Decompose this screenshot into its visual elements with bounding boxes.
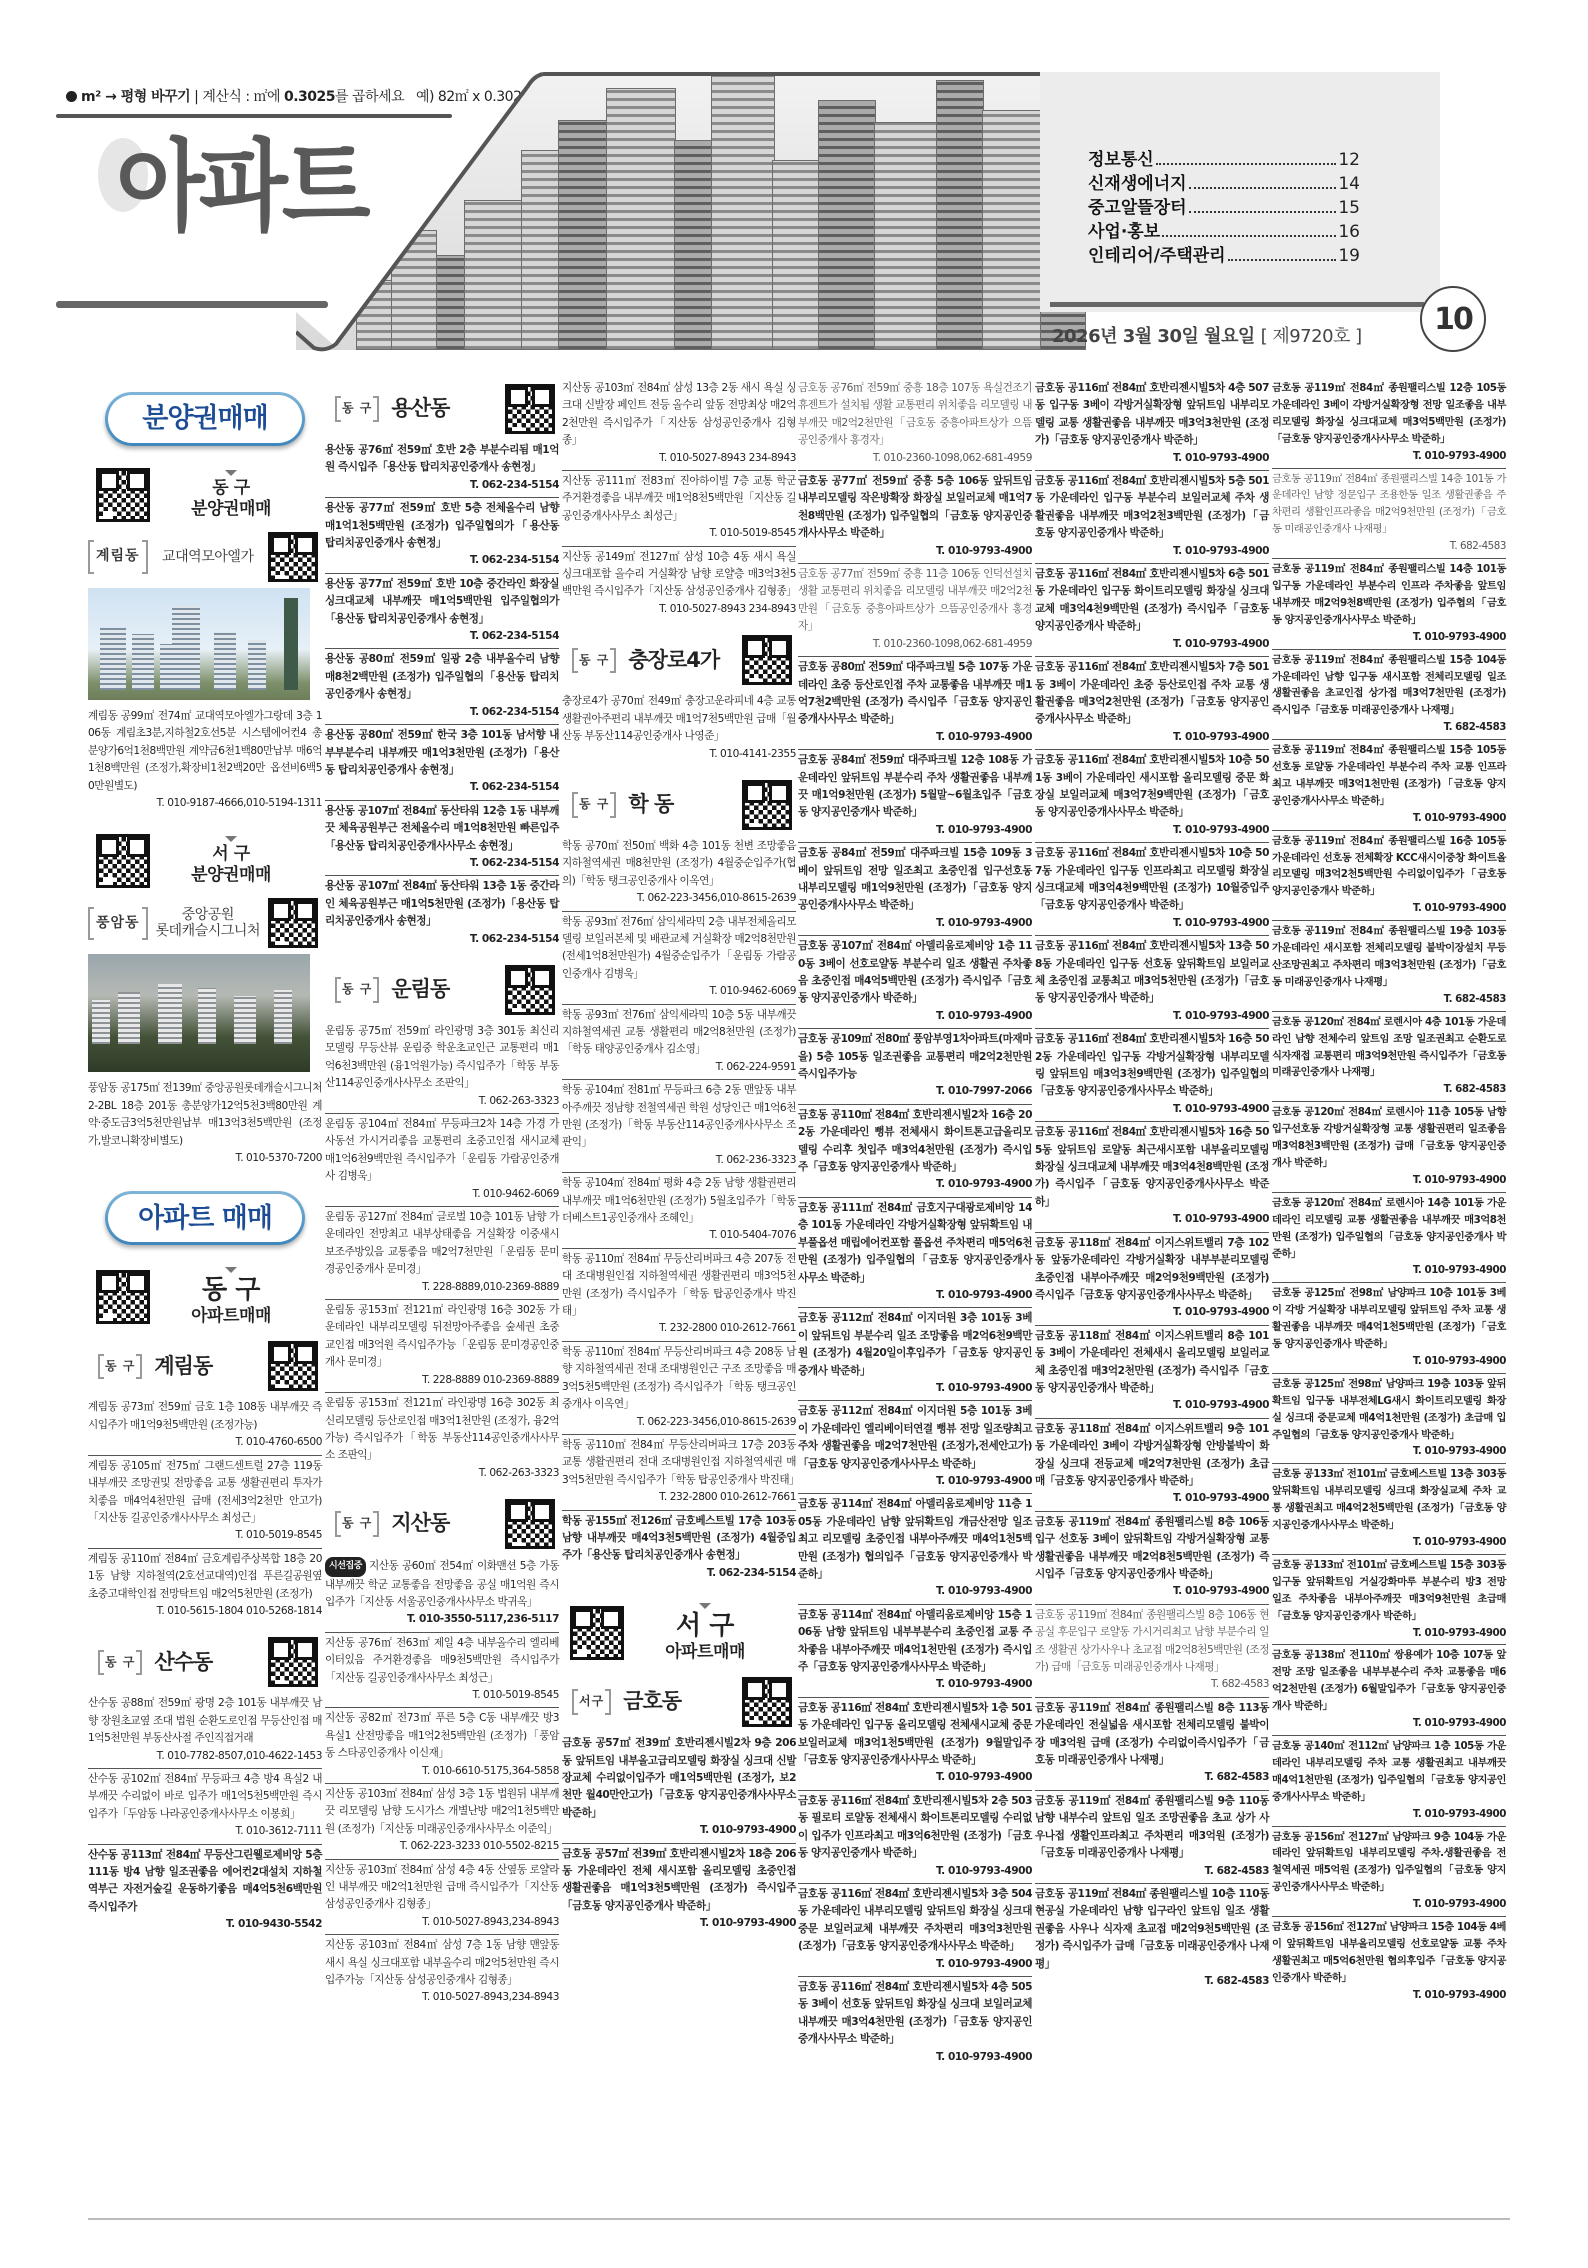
phone-number[interactable]: T. 062-263-3323 <box>325 1465 559 1482</box>
listing: 금호동 공133㎡ 전101㎡ 금호베스트빌 13층 303동 앞뒤확트임 내부… <box>1272 1464 1506 1555</box>
listing: 지산동 공103㎡ 전84㎡ 삼성 7층 1동 남향 맨앞동 새시 욕실 싱크대… <box>325 1935 559 2010</box>
listing: 운림동 공104㎡ 전84㎡ 무등파크2차 14층 가경 가사동선 가시거리좋음… <box>325 1114 559 1207</box>
phone-number[interactable]: T. 062-234-5154 <box>325 628 559 645</box>
phone-number[interactable]: T. 232-2800 010-2612-7661 <box>562 1320 796 1337</box>
listing-text: 금호동 공107㎡ 전84㎡ 아델리움로제비앙 1층 110동 3베이 선호로얄… <box>798 940 1032 1004</box>
listing: 운림동 공153㎡ 전121㎡ 라인광명 16층 302동 가운데라인 내부리모… <box>325 1300 559 1393</box>
qr-code-icon[interactable] <box>505 384 555 434</box>
phone-number[interactable]: T. 010-9793-4900 <box>1272 1443 1506 1460</box>
listing: 지산동 공103㎡ 전84㎡ 삼성 13층 2동 새시 욕실 싱크대 신발장 페… <box>562 378 796 471</box>
presale-trade-banner: 분양권매매 <box>105 392 305 446</box>
arrow-down-icon <box>225 470 237 476</box>
phone-number[interactable]: T. 010-9793-4900 <box>798 1863 1032 1880</box>
phone-number[interactable]: T. 010-9793-4900 <box>798 1676 1032 1693</box>
listing: 금호동 공120㎡ 전84㎡ 로렌시아 11층 105동 남향 입구선호동 각방… <box>1272 1102 1506 1193</box>
arrow-down-icon <box>225 836 237 842</box>
phone-number[interactable]: T. 010-9793-4900 <box>798 1769 1032 1786</box>
listing: 학동 공104㎡ 전81㎡ 무등파크 6층 2동 맨앞동 내부아주깨끗 정남향 … <box>562 1080 796 1173</box>
seogu-presale-heading: 서 구 분양권매매 <box>88 834 322 888</box>
listing-text: 금호동 공120㎡ 전84㎡ 로렌시아 11층 105동 남향 입구선호동 각방… <box>1272 1106 1506 1169</box>
listing-text: 금호동 공119㎡ 전84㎡ 종원팰리스빌 8층 113동 가운데라인 전실넓음… <box>1035 1702 1269 1766</box>
listing-text: 금호동 공133㎡ 전101㎡ 금호베스트빌 13층 303동 앞뒤확트임 내부… <box>1272 1468 1506 1531</box>
listing: 학동 공110㎡ 전84㎡ 무등산리버파크 17층 203동 교통 생활권편리 … <box>562 1435 796 1511</box>
phone-number[interactable]: T. 010-5019-8545 <box>325 1687 559 1704</box>
phone-number[interactable]: T. 010-9462-6069 <box>562 983 796 1000</box>
phone-number[interactable]: T. 010-9793-4900 <box>1272 1806 1506 1823</box>
listing: 금호동 공140㎡ 전112㎡ 남양파크 1층 105동 가운데라인 내부리모델… <box>1272 1736 1506 1827</box>
listing: 금호동 공120㎡ 전84㎡ 로렌시아 4층 101동 가운데라인 남향 전체수… <box>1272 1012 1506 1103</box>
phone-number[interactable]: T. 010-9793-4900 <box>1272 1896 1506 1913</box>
listing: 용산동 공80㎡ 전59㎡ 한국 3층 101동 남서향 내부부분수리 내부깨끗… <box>325 725 559 801</box>
column-2: 동 구 용산동 용산동 공76㎡ 전59㎡ 호반 2층 부분수리됨 매1억원 즉… <box>325 378 559 2016</box>
listing-text: 금호동 공116㎡ 전84㎡ 호반리젠시빌5차 13층 508동 가운데라인 입… <box>1035 940 1269 1004</box>
listing-list: 금호동 공116㎡ 전84㎡ 호반리젠시빌5차 4층 507동 입구동 3베이 … <box>1035 378 1269 1993</box>
listing: 금호동 공107㎡ 전84㎡ 아델리움로제비앙 1층 110동 3베이 선호로얄… <box>798 936 1032 1029</box>
phone-number[interactable]: T. 010-9793-4900 <box>798 1008 1032 1025</box>
listing-text: 금호동 공120㎡ 전84㎡ 로렌시아 4층 101동 가운데라인 남향 전체수… <box>1272 1016 1506 1079</box>
listing: 학동 공93㎡ 전76㎡ 삼익세라믹 10층 5동 내부깨끗 지하철역세권 교통… <box>562 1005 796 1081</box>
contents-index: 정보통신12 신재생에너지14 중고알뜰장터15 사업·홍보16 인테리어/주택… <box>1088 148 1360 268</box>
listing-text: 금호동 공116㎡ 전84㎡ 호반리젠시빌5차 3층 504동 가운데라인 내부… <box>798 1888 1032 1952</box>
listing: 계림동 공99㎡ 전74㎡ 교대역모아엘가그랑데 3층 106동 계림초3분,지… <box>88 708 322 812</box>
listing-text: 금호동 공119㎡ 전84㎡ 종원팰리스빌 10층 110동 현공실 가운데라인… <box>1035 1888 1269 1970</box>
phone-number[interactable]: T. 010-9793-4900 <box>1035 729 1269 746</box>
phone-number[interactable]: T. 010-4141-2355 <box>562 746 796 763</box>
dong-heading-sansu: 동 구 산수동 <box>88 1637 322 1687</box>
phone-number[interactable]: T. 010-6610-5175,364-5858 <box>325 1763 559 1780</box>
phone-number[interactable]: T. 010-7782-8507,010-4622-1453 <box>88 1748 322 1765</box>
phone-number[interactable]: T. 010-9793-4900 <box>798 915 1032 932</box>
listing: 금호동 공156㎡ 전127㎡ 남양파크 15층 104동 4베이 앞뒤확트임 … <box>1272 1917 1506 2007</box>
phone-number[interactable]: T. 010-9793-4900 <box>562 1915 796 1932</box>
listing: 금호동 공112㎡ 전84㎡ 이지더원 5층 101동 3베이 가운데라인 엘리… <box>798 1401 1032 1494</box>
phone-number[interactable]: T. 062-234-5154 <box>325 552 559 569</box>
listing: 지산동 공103㎡ 전84㎡ 삼성 3층 1동 법원뒤 내부깨끗 리모델링 남향… <box>325 1784 559 1860</box>
phone-number[interactable]: T. 010-9793-4900 <box>1035 1101 1269 1118</box>
phone-number[interactable]: T. 010-9793-4900 <box>1035 1008 1269 1025</box>
listing: 금호동 공77㎡ 전59㎡ 중흥 11층 106동 인덕선설치 생활 교통편리 … <box>798 564 1032 657</box>
index-item[interactable]: 신재생에너지14 <box>1088 172 1360 196</box>
listing-text: 금호동 공77㎡ 전59㎡ 중흥 11층 106동 인덕선설치 생활 교통편리 … <box>798 568 1032 632</box>
listing: 용산동 공107㎡ 전84㎡ 동산타워 13층 1동 중간라인 체육공원부근 매… <box>325 876 559 951</box>
phone-number[interactable]: T. 010-9793-4900 <box>798 1473 1032 1490</box>
phone-number[interactable]: T. 010-5404-7076 <box>562 1227 796 1244</box>
phone-number[interactable]: T. 010-5027-8943 234-8943 <box>562 601 796 618</box>
phone-number[interactable]: T. 010-9793-4900 <box>1272 900 1506 917</box>
listing-text: 금호동 공119㎡ 전84㎡ 종원팰리스빌 14층 101동 입구동 가운데라인… <box>1272 563 1506 626</box>
featured-listing-heading: 풍암동 중앙공원롯데캐슬시그니처 <box>88 898 322 948</box>
phone-number[interactable]: T. 682-4583 <box>1035 1676 1269 1693</box>
phone-number[interactable]: T. 062-236-3323 <box>562 1152 796 1169</box>
listing: 풍암동 공175㎡ 전139㎡ 중앙공원롯데캐슬시그니처2-2BL 18층 20… <box>88 1080 322 1167</box>
listing: 금호동 공76㎡ 전59㎡ 중흥 18층 107동 욕실건조기 휴젠트가 설치됨… <box>798 378 1032 471</box>
listing: 금호동 공110㎡ 전84㎡ 호반리젠시빌2차 16층 202동 가운데라인 뻥… <box>798 1105 1032 1198</box>
listing-text: 금호동 공111㎡ 전84㎡ 금호지구대광로제비앙 14층 101동 가운데라인… <box>798 1202 1032 1284</box>
listing-text: 금호동 공116㎡ 전84㎡ 호반리젠시빌5차 5층 501동 가운데라인 입구… <box>1035 475 1269 539</box>
listing: 금호동 공116㎡ 전84㎡ 호반리젠시빌5차 4층 507동 입구동 3베이 … <box>1035 378 1269 471</box>
phone-number[interactable]: T. 062-234-5154 <box>325 704 559 721</box>
phone-number[interactable]: T. 062-223-3233 010-5502-8215 <box>325 1838 559 1855</box>
qr-code-icon[interactable] <box>268 1341 318 1391</box>
donggu-apartment-heading: 동 구 아파트매매 <box>88 1267 322 1327</box>
listing-text: 금호동 공156㎡ 전127㎡ 남양파크 9층 104동 가운데라인 앞뒤확트임… <box>1272 1831 1506 1894</box>
featured-listing-heading: 계림동 교대역모아엘가 <box>88 532 322 582</box>
header-rule <box>56 114 452 118</box>
phone-number[interactable]: T. 062-223-3456,010-8615-2639 <box>562 890 796 907</box>
listing: 금호동 공57㎡ 전39㎡ 호반리젠시빌2차 18층 206동 가운데라인 전체… <box>562 1844 796 1936</box>
phone-number[interactable]: T. 010-5019-8545 <box>562 525 796 542</box>
listing-text: 금호동 공114㎡ 전84㎡ 아델리움로제비앙 11층 105동 가운데라인 남… <box>798 1498 1032 1580</box>
listing: 계림동 공105㎡ 전75㎡ 그랜드센트럴 27층 119동 내부깨끗 조망권및… <box>88 1456 322 1549</box>
listing-text: 금호동 공119㎡ 전84㎡ 종원팰리스빌 15층 104동 가운데라인 남향 … <box>1272 654 1506 717</box>
listing: 산수동 공88㎡ 전59㎡ 광명 2층 101동 내부깨끗 남향 장원초교옆 조… <box>88 1693 322 1769</box>
phone-number[interactable]: T. 010-5370-7200 <box>88 1150 322 1167</box>
listing: 금호동 공116㎡ 전84㎡ 호반리젠시빌5차 4층 505동 3베이 선호동 … <box>798 1977 1032 2069</box>
listing: 지산동 공111㎡ 전83㎡ 진아하이빌 7층 교통 학군 주거환경좋음 내부깨… <box>562 471 796 547</box>
phone-number[interactable]: T. 010-9793-4900 <box>1272 810 1506 827</box>
listing-text: 금호동 공118㎡ 전84㎡ 이지스위트밸리 9층 101동 가운데라인 3베이… <box>1035 1423 1269 1487</box>
listing: 금호동 공125㎡ 전98㎡ 남양파크 10층 101동 3베이 각방 거실확장… <box>1272 1283 1506 1374</box>
phone-number[interactable]: T. 682-4583 <box>1272 991 1506 1008</box>
listing-text: 금호동 공116㎡ 전84㎡ 호반리젠시빌5차 16층 502동 가운데라인 입… <box>1035 1033 1269 1097</box>
phone-number[interactable]: T. 010-9793-4900 <box>1035 822 1269 839</box>
phone-number[interactable]: T. 682-4583 <box>1035 1973 1269 1990</box>
phone-number[interactable]: T. 010-3550-5117,236-5117 <box>325 1611 559 1628</box>
phone-number[interactable]: T. 010-9793-4900 <box>1035 915 1269 932</box>
phone-number[interactable]: T. 010-9793-4900 <box>1035 1304 1269 1321</box>
listing: 학동 공93㎡ 전76㎡ 삼익세라믹 2층 내부전체올리모델링 보일러본체 및 … <box>562 912 796 1005</box>
column-4: 금호동 공76㎡ 전59㎡ 중흥 18층 107동 욕실건조기 휴젠트가 설치됨… <box>798 378 1032 2075</box>
listing-text: 금호동 공76㎡ 전59㎡ 중흥 18층 107동 욕실건조기 휴젠트가 설치됨… <box>798 382 1032 446</box>
listing: 금호동 공125㎡ 전98㎡ 남양파크 19층 103동 앞뒤확트임 입구동 내… <box>1272 1374 1506 1465</box>
phone-number[interactable]: T. 010-7997-2066 <box>798 1083 1032 1100</box>
dong-heading-yongsan: 동 구 용산동 <box>325 384 559 434</box>
listing: 금호동 공118㎡ 전84㎡ 이지스위트밸리 9층 101동 가운데라인 3베이… <box>1035 1419 1269 1512</box>
listing: 금호동 공118㎡ 전84㎡ 이지스위트밸리 8층 101동 3베이 가운데라인… <box>1035 1326 1269 1419</box>
header-rule-bottom <box>56 301 328 308</box>
phone-number[interactable]: T. 010-5027-8943,234-8943 <box>325 1914 559 1931</box>
listing: 금호동 공133㎡ 전101㎡ 금호베스트빌 15층 303동 입구동 앞뒤확트… <box>1272 1555 1506 1646</box>
listing-text: 금호동 공133㎡ 전101㎡ 금호베스트빌 15층 303동 입구동 앞뒤확트… <box>1272 1559 1506 1622</box>
listing: 금호동 공116㎡ 전84㎡ 호반리젠시빌5차 1층 501동 가운데라인 입구… <box>798 1698 1032 1791</box>
listing: 용산동 공77㎡ 전59㎡ 호반 10층 중간라인 화장실 싱크대교체 내부깨끗… <box>325 574 559 650</box>
listing: 운림동 공127㎡ 전84㎡ 글로벌 10층 101동 남향 가운데라인 전망최… <box>325 1207 559 1300</box>
listing: 금호동 공116㎡ 전84㎡ 호반리젠시빌5차 7층 501동 3베이 가운데라… <box>1035 657 1269 750</box>
phone-number[interactable]: T. 010-9793-4900 <box>562 1822 796 1839</box>
listing: 금호동 공119㎡ 전84㎡ 종원팰리스빌 12층 105동 가운데라인 3베이… <box>1272 378 1506 469</box>
phone-number[interactable]: T. 010-9793-4900 <box>1035 543 1269 560</box>
listing: 금호동 공80㎡ 전59㎡ 대주파크빌 5층 107동 가운데라인 초중 등산로… <box>798 657 1032 750</box>
index-rule <box>1050 302 1424 307</box>
phone-number[interactable]: T. 010-2360-1098,062-681-4959 <box>798 636 1032 653</box>
phone-number[interactable]: T. 010-9793-4900 <box>1272 1353 1506 1370</box>
issue-number: [ 제9720호 ] <box>1261 326 1362 347</box>
listing: 금호동 공77㎡ 전59㎡ 중흥 5층 106동 앞뒤트임 내부리모델링 작은방… <box>798 471 1032 564</box>
listing-list: 산수동 공88㎡ 전59㎡ 광명 2층 101동 내부깨끗 남향 장원초교옆 조… <box>88 1693 322 1936</box>
listing-text: 금호동 공120㎡ 전84㎡ 로렌시아 14층 101동 가운데라인 리모델링 … <box>1272 1197 1506 1260</box>
phone-number[interactable]: T. 228-8889,010-2369-8889 <box>325 1279 559 1296</box>
phone-number[interactable]: T. 010-9793-4900 <box>798 729 1032 746</box>
phone-number[interactable]: T. 010-9793-4900 <box>798 822 1032 839</box>
listing-text: 금호동 공140㎡ 전112㎡ 남양파크 1층 105동 가운데라인 내부리모델… <box>1272 1740 1506 1803</box>
phone-number[interactable]: T. 062-234-5154 <box>325 779 559 796</box>
arrow-down-icon <box>225 1267 237 1273</box>
qr-code-icon[interactable] <box>268 898 318 948</box>
phone-number[interactable]: T. 010-9793-4900 <box>798 1380 1032 1397</box>
phone-number[interactable]: T. 010-9793-4900 <box>1272 1262 1506 1279</box>
phone-number[interactable]: T. 010-9793-4900 <box>798 543 1032 560</box>
listing-text: 금호동 공116㎡ 전84㎡ 호반리젠시빌5차 4층 507동 입구동 3베이 … <box>1035 382 1269 446</box>
listing: 금호동 공118㎡ 전84㎡ 이지스위트밸리 7층 102동 앞동가운데라인 각… <box>1035 1233 1269 1326</box>
listing: 산수동 공113㎡ 전84㎡ 무등산그린웰로제비앙 5층 111동 방4 남향 … <box>88 1845 322 1937</box>
arrow-down-icon <box>699 1603 711 1609</box>
listing-list: 충장로4가 공70㎡ 전49㎡ 충장고운라피네 4층 교통 생활권아주편리 내부… <box>562 691 796 766</box>
phone-number[interactable]: T. 010-9793-4900 <box>1035 636 1269 653</box>
phone-number[interactable]: T. 010-9793-4900 <box>1035 1211 1269 1228</box>
listing-text: 금호동 공112㎡ 전84㎡ 이지더원 3층 101동 3베이 앞뒤트임 부분수… <box>798 1312 1032 1376</box>
phone-number[interactable]: T. 010-9793-4900 <box>798 1583 1032 1600</box>
phone-number[interactable]: T. 010-9793-4900 <box>1272 1987 1506 2004</box>
listing: 학동 공104㎡ 전84㎡ 평화 4층 2동 남향 생활권편리 내부깨끗 매1억… <box>562 1173 796 1249</box>
qr-code-icon[interactable] <box>505 1499 555 1549</box>
seogu-apartment-heading: 서 구 아파트매매 <box>562 1603 796 1663</box>
column-1: 분양권매매 동 구 분양권매매 계림동 교대역모아엘가 계림동 공99㎡ 전74… <box>88 378 322 1943</box>
listing: 금호동 공119㎡ 전84㎡ 종원팰리스빌 9층 110동 남향 내부수리 앞트… <box>1035 1791 1269 1884</box>
phone-number[interactable]: T. 062-234-5154 <box>325 855 559 872</box>
publication-date: 2026년 3월 30일 월요일 [ 제9720호 ] <box>1052 322 1362 348</box>
dong-heading-chungjangro: 동 구 충장로4가 <box>562 635 796 685</box>
phone-number[interactable]: T. 010-2360-1098,062-681-4959 <box>798 450 1032 467</box>
listing: 금호동 공112㎡ 전84㎡ 이지더원 3층 101동 3베이 앞뒤트임 부분수… <box>798 1308 1032 1401</box>
phone-number[interactable]: T. 010-5027-8943 234-8943 <box>562 450 796 467</box>
phone-number[interactable]: T. 010-9793-4900 <box>798 1287 1032 1304</box>
listing: 금호동 공119㎡ 전84㎡ 종원팰리스빌 15층 104동 가운데라인 남향 … <box>1272 650 1506 741</box>
listing: 용산동 공80㎡ 전59㎡ 일광 2층 내부올수리 남향 매8천2백만원 (조정… <box>325 649 559 725</box>
listing-text: 금호동 공119㎡ 전84㎡ 종원팰리스빌 9층 110동 남향 내부수리 앞트… <box>1035 1795 1269 1859</box>
listing: 금호동 공114㎡ 전84㎡ 아델리움로제비앙 11층 105동 가운데라인 남… <box>798 1494 1032 1604</box>
listing: 지산동 공82㎡ 전73㎡ 푸른 5층 C동 내부깨끗 방3 욕실1 산전망좋음… <box>325 1708 559 1784</box>
listing-text: 금호동 공118㎡ 전84㎡ 이지스위트밸리 7층 102동 앞동가운데라인 각… <box>1035 1237 1269 1301</box>
listing: 학동 공70㎡ 전50㎡ 백화 4층 101동 천변 조망좋음 지하철역세권 매… <box>562 836 796 912</box>
qr-code-icon[interactable] <box>96 468 150 522</box>
listing-text: 금호동 공156㎡ 전127㎡ 남양파크 15층 104동 4베이 앞뒤확트임 … <box>1272 1921 1506 1984</box>
listing: 금호동 공116㎡ 전84㎡ 호반리젠시빌5차 10층 507동 가운데라인 입… <box>1035 843 1269 936</box>
listing-list: 금호동 공119㎡ 전84㎡ 종원팰리스빌 12층 105동 가운데라인 3베이… <box>1272 378 1506 2007</box>
listing-text: 금호동 공116㎡ 전84㎡ 호반리젠시빌5차 1층 501동 가운데라인 입구… <box>798 1702 1032 1766</box>
phone-number[interactable]: T. 010-9793-4900 <box>1272 1534 1506 1551</box>
listing: 금호동 공84㎡ 전59㎡ 대주파크빌 12층 108동 가운데라인 앞뒤트임 … <box>798 750 1032 843</box>
listing: 산수동 공102㎡ 전84㎡ 무등파크 4층 방4 욕실2 내부깨끗 수리없이 … <box>88 1769 322 1845</box>
listing: 금호동 공116㎡ 전84㎡ 호반리젠시빌5차 16층 502동 가운데라인 입… <box>1035 1029 1269 1122</box>
listing: 금호동 공119㎡ 전84㎡ 종원팰리스빌 8층 113동 가운데라인 전실넓음… <box>1035 1698 1269 1791</box>
phone-number[interactable]: T. 682-4583 <box>1035 1769 1269 1786</box>
listing: 금호동 공111㎡ 전84㎡ 금호지구대광로제비앙 14층 101동 가운데라인… <box>798 1198 1032 1308</box>
phone-number[interactable]: T. 062-234-5154 <box>562 1565 796 1582</box>
listing: 학동 공110㎡ 전84㎡ 무등산리버파크 4층 207동 전대 조대병원인접 … <box>562 1249 796 1342</box>
phone-number[interactable]: T. 010-9793-4900 <box>1272 1172 1506 1189</box>
listing-text: 금호동 공116㎡ 전84㎡ 호반리젠시빌5차 10층 507동 가운데라인 입… <box>1035 847 1269 911</box>
listing-text: 금호동 공80㎡ 전59㎡ 대주파크빌 5층 107동 가운데라인 초중 등산로… <box>798 661 1032 725</box>
phone-number[interactable]: T. 010-9187-4666,010-5194-1311 <box>88 795 322 812</box>
listing-text: 금호동 공116㎡ 전84㎡ 호반리젠시빌5차 10층 501동 3베이 가운데… <box>1035 754 1269 818</box>
listing: 금호동 공84㎡ 전59㎡ 대주파크빌 15층 109동 3베이 앞뒤트임 전망… <box>798 843 1032 936</box>
listing: 금호동 공119㎡ 전84㎡ 종원팰리스빌 14층 101동 입구동 가운데라인… <box>1272 559 1506 650</box>
phone-number[interactable]: T. 062-224-9591 <box>562 1059 796 1076</box>
phone-number[interactable]: T. 010-9793-4900 <box>1035 1490 1269 1507</box>
listing-list: 금호동 공76㎡ 전59㎡ 중흥 18층 107동 욕실건조기 휴젠트가 설치됨… <box>798 378 1032 2069</box>
phone-number[interactable]: T. 010-5027-8943,234-8943 <box>325 1989 559 2006</box>
listing-featured: 시선집중지산동 공60㎡ 전54㎡ 이화맨션 5층 가동 내부깨끗 학군 교통좋… <box>325 1555 559 1633</box>
listing-text: 금호동 공116㎡ 전84㎡ 호반리젠시빌5차 2층 503동 필로티 로얄동 … <box>798 1795 1032 1859</box>
listing: 금호동 공138㎡ 전110㎡ 쌍용예가 10층 107동 앞전망 조망 일조좋… <box>1272 1645 1506 1736</box>
page-number: 10 <box>1420 286 1486 352</box>
listing: 금호동 공119㎡ 전84㎡ 종원팰리스빌 8층 106동 현 공실 후문입구 … <box>1035 1605 1269 1698</box>
dong-heading-unrim: 동 구 운림동 <box>325 965 559 1015</box>
qr-code-icon[interactable] <box>268 532 318 582</box>
listing-text: 금호동 공119㎡ 전84㎡ 종원팰리스빌 14층 101동 가운데라인 남향 … <box>1272 473 1506 536</box>
qr-code-icon[interactable] <box>96 834 150 888</box>
spotlight-badge: 시선집중 <box>325 1557 366 1576</box>
phone-number[interactable]: T. 682-4583 <box>1272 1081 1506 1098</box>
listing: 금호동 공114㎡ 전84㎡ 아델리움로제비앙 15층 106동 남향 앞뒤트임… <box>798 1605 1032 1698</box>
phone-number[interactable]: T. 010-5615-1804 010-5268-1814 <box>88 1603 322 1620</box>
listing: 금호동 공116㎡ 전84㎡ 호반리젠시빌5차 3층 504동 가운데라인 내부… <box>798 1884 1032 1977</box>
index-item[interactable]: 사업·홍보16 <box>1088 220 1360 244</box>
listing: 학동 공155㎡ 전126㎡ 금호베스트빌 17층 103동 남향 내부깨끗 매… <box>562 1511 796 1586</box>
phone-number[interactable]: T. 010-9793-4900 <box>1272 1715 1506 1732</box>
column-6: 금호동 공119㎡ 전84㎡ 종원팰리스빌 12층 105동 가운데라인 3베이… <box>1272 378 1506 2013</box>
listing-list: 지산동 공103㎡ 전84㎡ 삼성 13층 2동 새시 욕실 싱크대 신발장 페… <box>562 378 796 621</box>
listing: 금호동 공120㎡ 전84㎡ 로렌시아 14층 101동 가운데라인 리모델링 … <box>1272 1193 1506 1284</box>
phone-number[interactable]: T. 062-263-3323 <box>325 1093 559 1110</box>
index-item[interactable]: 중고알뜰장터15 <box>1088 196 1360 220</box>
phone-number[interactable]: T. 010-9793-4900 <box>1272 629 1506 646</box>
listing: 금호동 공116㎡ 전84㎡ 호반리젠시빌5차 16층 505동 앞뒤트임 로얄… <box>1035 1122 1269 1232</box>
qr-code-icon[interactable] <box>268 1637 318 1687</box>
phone-number[interactable]: T. 062-234-5154 <box>325 931 559 948</box>
phone-number[interactable]: T. 010-9793-4900 <box>798 1956 1032 1973</box>
phone-number[interactable]: T. 010-9793-4900 <box>1035 1397 1269 1414</box>
listing-list: 금호동 공57㎡ 전39㎡ 호반리젠시빌2차 9층 206동 앞뒤트임 내부올고… <box>562 1733 796 1935</box>
phone-number[interactable]: T. 682-4583 <box>1272 538 1506 555</box>
dong-heading-geumho: 서구 금호동 <box>562 1677 796 1727</box>
phone-number[interactable]: T. 010-5019-8545 <box>88 1527 322 1544</box>
listing: 금호동 공119㎡ 전84㎡ 종원팰리스빌 15층 105동 선호동 로얄동 가… <box>1272 740 1506 831</box>
listing-text: 금호동 공116㎡ 전84㎡ 호반리젠시빌5차 6층 501동 가운데라인 입구… <box>1035 568 1269 632</box>
listing-text: 금호동 공119㎡ 전84㎡ 종원팰리스빌 16층 105동 가운데라인 선호동… <box>1272 835 1506 898</box>
phone-number[interactable]: T. 010-9793-4900 <box>1035 1583 1269 1600</box>
listing-list: 계림동 공73㎡ 전59㎡ 금호 1층 108동 내부깨끗 즉시입주가 매1억9… <box>88 1397 322 1623</box>
listing: 용산동 공77㎡ 전59㎡ 호반 5층 전체올수리 남향 매1억1천5백만원 (… <box>325 498 559 574</box>
phone-number[interactable]: T. 682-4583 <box>1035 1863 1269 1880</box>
listing: 학동 공110㎡ 전84㎡ 무등산리버파크 4층 208동 남향 지하철역세권 … <box>562 1342 796 1435</box>
qr-code-icon[interactable] <box>96 1270 150 1324</box>
listing: 용산동 공76㎡ 전59㎡ 호반 2층 부분수리됨 매1억원 즉시입주「용산동 … <box>325 440 559 498</box>
listing: 계림동 공110㎡ 전84㎡ 금호계림주상복합 18층 201동 남향 지하철역… <box>88 1549 322 1624</box>
phone-number[interactable]: T. 010-9430-5542 <box>88 1916 322 1933</box>
listing: 금호동 공116㎡ 전84㎡ 호반리젠시빌5차 10층 501동 3베이 가운데… <box>1035 750 1269 843</box>
apartment-photo <box>88 954 310 1072</box>
listing: 지산동 공76㎡ 전63㎡ 제일 4층 내부올수리 엘리베이터있음 주거환경좋음… <box>325 1633 559 1709</box>
listing-text: 금호동 공125㎡ 전98㎡ 남양파크 10층 101동 3베이 각방 거실확장… <box>1272 1287 1506 1350</box>
phone-number[interactable]: T. 010-9793-4900 <box>798 1176 1032 1193</box>
phone-number[interactable]: T. 010-3612-7111 <box>88 1823 322 1840</box>
listing-list: 시선집중지산동 공60㎡ 전54㎡ 이화맨션 5층 가동 내부깨끗 학군 교통좋… <box>325 1555 559 2010</box>
phone-number[interactable]: T. 228-8889 010-2369-8889 <box>325 1372 559 1389</box>
listing: 금호동 공119㎡ 전84㎡ 종원팰리스빌 14층 101동 가운데라인 남향 … <box>1272 469 1506 560</box>
listing-list: 운림동 공75㎡ 전59㎡ 라인광명 3층 301동 최신리모델링 무등산뷰 운… <box>325 1021 559 1485</box>
listing-text: 금호동 공84㎡ 전59㎡ 대주파크빌 12층 108동 가운데라인 앞뒤트임 … <box>798 754 1032 818</box>
page-bottom-rule <box>88 2218 1510 2220</box>
listing: 운림동 공153㎡ 전121㎡ 라인광명 16층 302동 최신리모델링 등산로… <box>325 1393 559 1485</box>
listing-text: 금호동 공125㎡ 전98㎡ 남양파크 19층 103동 앞뒤확트임 입구동 내… <box>1272 1378 1506 1441</box>
listing-text: 금호동 공116㎡ 전84㎡ 호반리젠시빌5차 4층 505동 3베이 선호동 … <box>798 1981 1032 2045</box>
listing-text: 금호동 공112㎡ 전84㎡ 이지더원 5층 101동 3베이 가운데라인 엘리… <box>798 1405 1032 1469</box>
listing: 충장로4가 공70㎡ 전49㎡ 충장고운라피네 4층 교통 생활권아주편리 내부… <box>562 691 796 766</box>
listing-text: 금호동 공138㎡ 전110㎡ 쌍용예가 10층 107동 앞전망 조망 일조좋… <box>1272 1649 1506 1712</box>
qr-code-icon[interactable] <box>570 1606 624 1660</box>
listing-text: 금호동 공109㎡ 전80㎡ 풍암부영1차아파트(마재마을) 5층 105동 일… <box>798 1033 1032 1080</box>
index-item[interactable]: 인테리어/주택관리19 <box>1088 244 1360 268</box>
index-item[interactable]: 정보통신12 <box>1088 148 1360 172</box>
column-3: 지산동 공103㎡ 전84㎡ 삼성 13층 2동 새시 욕실 싱크대 신발장 페… <box>562 378 796 1942</box>
phone-number[interactable]: T. 010-9462-6069 <box>325 1186 559 1203</box>
qr-code-icon[interactable] <box>742 1677 792 1727</box>
phone-number[interactable]: T. 232-2800 010-2612-7661 <box>562 1489 796 1506</box>
phone-number[interactable]: T. 062-234-5154 <box>325 477 559 494</box>
listing-list: 학동 공70㎡ 전50㎡ 백화 4층 101동 천변 조망좋음 지하철역세권 매… <box>562 836 796 1585</box>
phone-number[interactable]: T. 682-4583 <box>1272 719 1506 736</box>
listing: 금호동 공119㎡ 전84㎡ 종원팰리스빌 16층 105동 가운데라인 선호동… <box>1272 831 1506 922</box>
listing-text: 금호동 공116㎡ 전84㎡ 호반리젠시빌5차 7층 501동 3베이 가운데라… <box>1035 661 1269 725</box>
listing: 계림동 공73㎡ 전59㎡ 금호 1층 108동 내부깨끗 즉시입주가 매1억9… <box>88 1397 322 1455</box>
listing: 금호동 공119㎡ 전84㎡ 종원팰리스빌 10층 110동 현공실 가운데라인… <box>1035 1884 1269 1993</box>
listing: 지산동 공103㎡ 전84㎡ 삼성 4층 4동 산옆동 로얄라인 내부깨끗 매2… <box>325 1860 559 1936</box>
phone-number[interactable]: T. 010-9793-4900 <box>1035 450 1269 467</box>
listing: 금호동 공116㎡ 전84㎡ 호반리젠시빌5차 5층 501동 가운데라인 입구… <box>1035 471 1269 564</box>
listing-text: 금호동 공77㎡ 전59㎡ 중흥 5층 106동 앞뒤트임 내부리모델링 작은방… <box>798 475 1032 539</box>
phone-number[interactable]: T. 010-9793-4900 <box>1272 1625 1506 1642</box>
listing: 운림동 공75㎡ 전59㎡ 라인광명 3층 301동 최신리모델링 무등산뷰 운… <box>325 1021 559 1114</box>
qr-code-icon[interactable] <box>742 780 792 830</box>
phone-number[interactable]: T. 062-223-3456,010-8615-2639 <box>562 1414 796 1431</box>
listing: 금호동 공119㎡ 전84㎡ 종원팰리스빌 19층 103동 가운데라인 새시포… <box>1272 921 1506 1012</box>
listing-text: 금호동 공114㎡ 전84㎡ 아델리움로제비앙 15층 106동 남향 앞뒤트임… <box>798 1609 1032 1673</box>
listing-text: 금호동 공119㎡ 전84㎡ 종원팰리스빌 8층 106동 현 공실 후문입구 … <box>1035 1609 1269 1673</box>
listing: 금호동 공116㎡ 전84㎡ 호반리젠시빌5차 6층 501동 가운데라인 입구… <box>1035 564 1269 657</box>
listing-list: 용산동 공76㎡ 전59㎡ 호반 2층 부분수리됨 매1억원 즉시입주「용산동 … <box>325 440 559 951</box>
dong-heading-hak: 동 구 학 동 <box>562 780 796 830</box>
apartment-photo <box>88 588 310 700</box>
phone-number[interactable]: T. 010-9793-4900 <box>1272 448 1506 465</box>
unit-conversion-note: m² → 평형 바꾸기 | 계산식 : ㎡에 0.3025를 곱하세요 예) 8… <box>66 86 581 106</box>
listing-text: 금호동 공118㎡ 전84㎡ 이지스위트밸리 8층 101동 3베이 가운데라인… <box>1035 1330 1269 1394</box>
listing-text: 금호동 공119㎡ 전84㎡ 종원팰리스빌 15층 105동 선호동 로얄동 가… <box>1272 744 1506 807</box>
qr-code-icon[interactable] <box>742 635 792 685</box>
listing: 금호동 공109㎡ 전80㎡ 풍암부영1차아파트(마재마을) 5층 105동 일… <box>798 1029 1032 1105</box>
dong-heading-jisan: 동 구 지산동 <box>325 1499 559 1549</box>
listing-text: 금호동 공119㎡ 전84㎡ 종원팰리스빌 12층 105동 가운데라인 3베이… <box>1272 382 1506 445</box>
phone-number[interactable]: T. 010-4760-6500 <box>88 1434 322 1451</box>
column-5: 금호동 공116㎡ 전84㎡ 호반리젠시빌5차 4층 507동 입구동 3베이 … <box>1035 378 1269 1999</box>
listing-text: 금호동 공110㎡ 전84㎡ 호반리젠시빌2차 16층 202동 가운데라인 뻥… <box>798 1109 1032 1173</box>
listing: 지산동 공149㎡ 전127㎡ 삼성 10층 4동 새시 욕실 싱크대포함 올수… <box>562 547 796 622</box>
qr-code-icon[interactable] <box>505 965 555 1015</box>
listing: 금호동 공57㎡ 전39㎡ 호반리젠시빌2차 9층 206동 앞뒤트임 내부올고… <box>562 1733 796 1843</box>
listing-text: 금호동 공119㎡ 전84㎡ 종원팰리스빌 19층 103동 가운데라인 새시포… <box>1272 925 1506 988</box>
listing: 금호동 공116㎡ 전84㎡ 호반리젠시빌5차 2층 503동 필로티 로얄동 … <box>798 1791 1032 1884</box>
phone-number[interactable]: T. 010-9793-4900 <box>798 2049 1032 2066</box>
